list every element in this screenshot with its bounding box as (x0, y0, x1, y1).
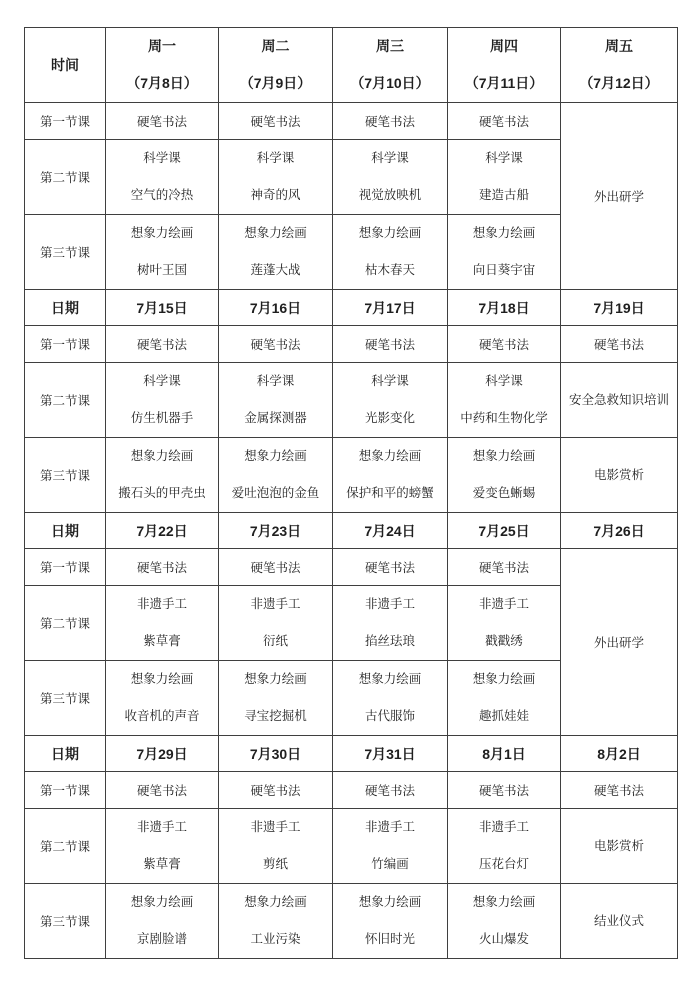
course-cell: 硬笔书法 (219, 326, 333, 363)
course-cell: 想象力绘画 古代服饰 (333, 661, 448, 736)
course-topic: 寻宝挖掘机 (219, 698, 332, 735)
course-cell: 硬笔书法 (448, 326, 561, 363)
course-category: 想象力绘画 (219, 884, 332, 921)
date-cell: 7月15日 (106, 290, 219, 326)
course-cell: 硬笔书法 (333, 772, 448, 809)
course-topic: 向日葵宇宙 (448, 252, 560, 289)
course-topic: 趣抓娃娃 (448, 698, 560, 735)
course-category: 想象力绘画 (106, 438, 218, 475)
course-title: 结业仪式 (561, 903, 677, 940)
course-topic: 金属探测器 (219, 400, 332, 437)
course-category: 非遗手工 (448, 809, 560, 846)
day-header-monday: 周一 （7月8日） (106, 28, 219, 103)
week1-period1-row: 第一节课 硬笔书法 硬笔书法 硬笔书法 硬笔书法 外出研学 (25, 103, 678, 140)
week4-period1-row: 第一节课 硬笔书法 硬笔书法 硬笔书法 硬笔书法 硬笔书法 (25, 772, 678, 809)
course-category: 非遗手工 (333, 809, 447, 846)
period-label: 第三节课 (25, 661, 106, 736)
course-topic: 光影变化 (333, 400, 447, 437)
course-cell: 想象力绘画 收音机的声音 (106, 661, 219, 736)
week4-dates-row: 日期 7月29日 7月30日 7月31日 8月1日 8月2日 (25, 736, 678, 772)
course-cell: 想象力绘画 爱吐泡泡的金鱼 (219, 438, 333, 513)
date-cell: 7月26日 (561, 513, 678, 549)
course-category: 想象力绘画 (333, 215, 447, 252)
course-cell: 硬笔书法 (448, 103, 561, 140)
course-cell: 想象力绘画 京剧脸谱 (106, 884, 219, 959)
weekday-label: 周二 (219, 28, 332, 65)
course-cell: 硬笔书法 (448, 549, 561, 586)
course-topic: 树叶王国 (106, 252, 218, 289)
course-category: 想象力绘画 (219, 661, 332, 698)
course-title: 电影赏析 (561, 828, 677, 865)
course-cell: 非遗手工 压花台灯 (448, 809, 561, 884)
course-category: 想象力绘画 (333, 438, 447, 475)
date-cell: 7月24日 (333, 513, 448, 549)
period-label: 第一节课 (25, 772, 106, 809)
course-category: 科学课 (219, 363, 332, 400)
period-label: 第一节课 (25, 326, 106, 363)
period-label: 第一节课 (25, 549, 106, 586)
period-label: 第三节课 (25, 215, 106, 290)
date-cell: 8月1日 (448, 736, 561, 772)
course-cell: 科学课 仿生机器手 (106, 363, 219, 438)
course-category: 想象力绘画 (333, 884, 447, 921)
course-category: 非遗手工 (219, 586, 332, 623)
course-category: 想象力绘画 (448, 661, 560, 698)
date-row-label: 日期 (25, 513, 106, 549)
course-cell: 硬笔书法 (106, 326, 219, 363)
course-cell: 硬笔书法 (561, 772, 678, 809)
course-cell: 硬笔书法 (219, 772, 333, 809)
date-cell: 7月30日 (219, 736, 333, 772)
course-category: 科学课 (219, 140, 332, 177)
date-cell: 7月19日 (561, 290, 678, 326)
date-cell: 7月23日 (219, 513, 333, 549)
course-category: 非遗手工 (448, 586, 560, 623)
week4-period3-row: 第三节课 想象力绘画 京剧脸谱 想象力绘画 工业污染 想象力绘画 怀旧时光 想象… (25, 884, 678, 959)
course-cell: 想象力绘画 枯木春天 (333, 215, 448, 290)
day-header-tuesday: 周二 （7月9日） (219, 28, 333, 103)
course-category: 科学课 (333, 140, 447, 177)
period-label: 第二节课 (25, 586, 106, 661)
date-cell: 7月17日 (333, 290, 448, 326)
course-cell: 硬笔书法 (106, 549, 219, 586)
course-topic: 戳戳绣 (448, 623, 560, 660)
date-label: （7月12日） (561, 65, 677, 102)
weekday-label: 周五 (561, 28, 677, 65)
date-cell: 8月2日 (561, 736, 678, 772)
course-cell: 非遗手工 剪纸 (219, 809, 333, 884)
course-topic: 怀旧时光 (333, 921, 447, 958)
course-category: 想象力绘画 (219, 215, 332, 252)
weekday-label: 周一 (106, 28, 218, 65)
date-label: （7月8日） (106, 65, 218, 102)
course-cell: 想象力绘画 寻宝挖掘机 (219, 661, 333, 736)
course-cell: 非遗手工 竹编画 (333, 809, 448, 884)
course-cell: 想象力绘画 爱变色蜥蜴 (448, 438, 561, 513)
course-category: 想象力绘画 (448, 438, 560, 475)
course-cell: 科学课 建造古船 (448, 140, 561, 215)
day-header-wednesday: 周三 （7月10日） (333, 28, 448, 103)
date-cell: 7月29日 (106, 736, 219, 772)
date-cell: 7月16日 (219, 290, 333, 326)
course-cell: 硬笔书法 (333, 326, 448, 363)
course-topic: 空气的冷热 (106, 177, 218, 214)
time-header: 时间 (25, 28, 106, 103)
weekday-label: 周四 (448, 28, 560, 65)
course-cell: 想象力绘画 工业污染 (219, 884, 333, 959)
day-header-friday: 周五 （7月12日） (561, 28, 678, 103)
course-cell: 想象力绘画 搬石头的甲壳虫 (106, 438, 219, 513)
schedule-table: 时间 周一 （7月8日） 周二 （7月9日） 周三 （7月10日） 周四 （7月… (24, 27, 678, 959)
course-cell: 科学课 空气的冷热 (106, 140, 219, 215)
course-cell: 安全急救知识培训 (561, 363, 678, 438)
course-topic: 中药和生物化学 (448, 400, 560, 437)
date-cell: 7月31日 (333, 736, 448, 772)
period-label: 第二节课 (25, 809, 106, 884)
course-category: 想象力绘画 (448, 884, 560, 921)
period-label: 第三节课 (25, 884, 106, 959)
course-topic: 爱吐泡泡的金鱼 (219, 475, 332, 512)
course-category: 科学课 (333, 363, 447, 400)
course-topic: 竹编画 (333, 846, 447, 883)
course-category: 非遗手工 (333, 586, 447, 623)
course-cell: 硬笔书法 (333, 549, 448, 586)
period-label: 第一节课 (25, 103, 106, 140)
course-topic: 枯木春天 (333, 252, 447, 289)
date-cell: 7月25日 (448, 513, 561, 549)
course-topic: 仿生机器手 (106, 400, 218, 437)
course-category: 非遗手工 (106, 586, 218, 623)
header-row: 时间 周一 （7月8日） 周二 （7月9日） 周三 （7月10日） 周四 （7月… (25, 28, 678, 103)
date-row-label: 日期 (25, 290, 106, 326)
course-category: 想象力绘画 (448, 215, 560, 252)
course-topic: 古代服饰 (333, 698, 447, 735)
course-topic: 衍纸 (219, 623, 332, 660)
course-topic: 京剧脸谱 (106, 921, 218, 958)
course-cell: 科学课 中药和生物化学 (448, 363, 561, 438)
day-header-thursday: 周四 （7月11日） (448, 28, 561, 103)
course-topic: 视觉放映机 (333, 177, 447, 214)
course-cell: 硬笔书法 (106, 103, 219, 140)
course-category: 科学课 (448, 140, 560, 177)
course-cell: 想象力绘画 树叶王国 (106, 215, 219, 290)
course-category: 科学课 (106, 140, 218, 177)
course-topic: 紫草膏 (106, 846, 218, 883)
course-category: 科学课 (106, 363, 218, 400)
course-cell: 硬笔书法 (333, 103, 448, 140)
date-row-label: 日期 (25, 736, 106, 772)
course-topic: 建造古船 (448, 177, 560, 214)
date-cell: 7月18日 (448, 290, 561, 326)
course-topic: 紫草膏 (106, 623, 218, 660)
course-topic: 火山爆发 (448, 921, 560, 958)
course-cell: 硬笔书法 (561, 326, 678, 363)
course-cell-friday-merged: 外出研学 (561, 549, 678, 736)
period-label: 第二节课 (25, 363, 106, 438)
course-cell: 想象力绘画 趣抓娃娃 (448, 661, 561, 736)
course-cell: 结业仪式 (561, 884, 678, 959)
course-topic: 爱变色蜥蜴 (448, 475, 560, 512)
week3-period1-row: 第一节课 硬笔书法 硬笔书法 硬笔书法 硬笔书法 外出研学 (25, 549, 678, 586)
course-cell: 想象力绘画 莲蓬大战 (219, 215, 333, 290)
course-cell: 硬笔书法 (219, 549, 333, 586)
course-cell: 硬笔书法 (106, 772, 219, 809)
course-topic: 工业污染 (219, 921, 332, 958)
course-topic: 掐丝珐琅 (333, 623, 447, 660)
course-cell: 非遗手工 紫草膏 (106, 809, 219, 884)
course-cell: 非遗手工 紫草膏 (106, 586, 219, 661)
course-topic: 压花台灯 (448, 846, 560, 883)
course-category: 非遗手工 (219, 809, 332, 846)
period-label: 第三节课 (25, 438, 106, 513)
course-cell: 非遗手工 衍纸 (219, 586, 333, 661)
course-category: 想象力绘画 (106, 661, 218, 698)
course-category: 非遗手工 (106, 809, 218, 846)
course-category: 想象力绘画 (333, 661, 447, 698)
course-cell: 想象力绘画 怀旧时光 (333, 884, 448, 959)
week2-dates-row: 日期 7月15日 7月16日 7月17日 7月18日 7月19日 (25, 290, 678, 326)
course-cell: 电影赏析 (561, 809, 678, 884)
course-cell: 硬笔书法 (448, 772, 561, 809)
course-cell: 想象力绘画 火山爆发 (448, 884, 561, 959)
course-topic: 搬石头的甲壳虫 (106, 475, 218, 512)
course-topic: 莲蓬大战 (219, 252, 332, 289)
course-category: 想象力绘画 (106, 884, 218, 921)
course-cell: 非遗手工 戳戳绣 (448, 586, 561, 661)
week4-period2-row: 第二节课 非遗手工 紫草膏 非遗手工 剪纸 非遗手工 竹编画 非遗手工 压花台灯… (25, 809, 678, 884)
week2-period1-row: 第一节课 硬笔书法 硬笔书法 硬笔书法 硬笔书法 硬笔书法 (25, 326, 678, 363)
date-cell: 7月22日 (106, 513, 219, 549)
course-cell: 科学课 视觉放映机 (333, 140, 448, 215)
weekday-label: 周三 (333, 28, 447, 65)
course-topic: 收音机的声音 (106, 698, 218, 735)
period-label: 第二节课 (25, 140, 106, 215)
week2-period2-row: 第二节课 科学课 仿生机器手 科学课 金属探测器 科学课 光影变化 科学课 中药… (25, 363, 678, 438)
course-cell: 想象力绘画 保护和平的螃蟹 (333, 438, 448, 513)
course-cell: 想象力绘画 向日葵宇宙 (448, 215, 561, 290)
course-title: 电影赏析 (561, 457, 677, 494)
date-label: （7月11日） (448, 65, 560, 102)
course-cell: 科学课 神奇的风 (219, 140, 333, 215)
week2-period3-row: 第三节课 想象力绘画 搬石头的甲壳虫 想象力绘画 爱吐泡泡的金鱼 想象力绘画 保… (25, 438, 678, 513)
course-topic: 神奇的风 (219, 177, 332, 214)
week3-dates-row: 日期 7月22日 7月23日 7月24日 7月25日 7月26日 (25, 513, 678, 549)
course-cell: 电影赏析 (561, 438, 678, 513)
course-category: 想象力绘画 (106, 215, 218, 252)
course-cell: 科学课 金属探测器 (219, 363, 333, 438)
date-label: （7月10日） (333, 65, 447, 102)
course-topic: 保护和平的螃蟹 (333, 475, 447, 512)
date-label: （7月9日） (219, 65, 332, 102)
course-cell: 硬笔书法 (219, 103, 333, 140)
course-cell-friday-merged: 外出研学 (561, 103, 678, 290)
course-title: 安全急救知识培训 (561, 382, 677, 419)
course-cell: 科学课 光影变化 (333, 363, 448, 438)
course-topic: 剪纸 (219, 846, 332, 883)
course-category: 想象力绘画 (219, 438, 332, 475)
course-cell: 非遗手工 掐丝珐琅 (333, 586, 448, 661)
course-category: 科学课 (448, 363, 560, 400)
